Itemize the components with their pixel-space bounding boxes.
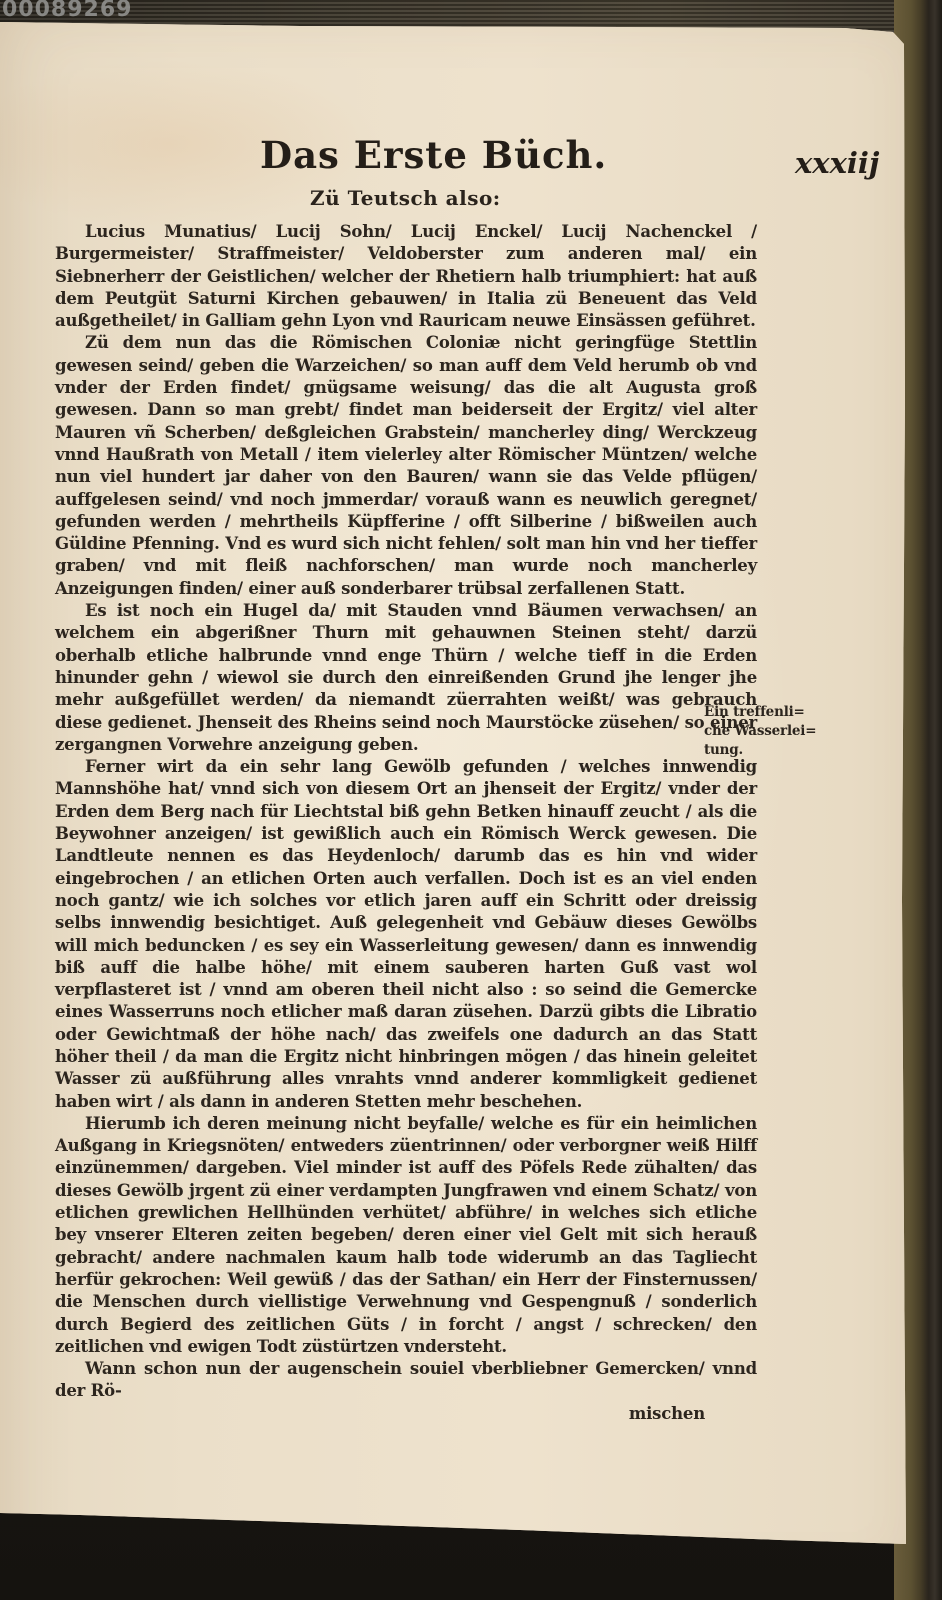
page-paper: Das Erste Büch. xxxiij Zü Teutsch also: …: [0, 0, 942, 1600]
paragraph-1: Lucius Munatius/ Lucij Sohn/ Lucij Encke…: [55, 221, 757, 332]
margin-note: Ein treffenli= che Wasserlei= tung.: [704, 703, 839, 760]
folio-number: xxxiij: [795, 146, 879, 180]
catchword: mischen: [55, 1403, 757, 1425]
book-scan: 00089269 Das Erste Büch. xxxiij Zü Teuts…: [0, 0, 942, 1600]
paragraph-2: Zü dem nun das die Römischen Coloniæ nic…: [55, 332, 757, 600]
section-subheading: Zü Teutsch also:: [310, 186, 501, 210]
running-title: Das Erste Büch.: [260, 133, 607, 177]
margin-note-line-1: Ein treffenli=: [704, 703, 839, 722]
text-block: Lucius Munatius/ Lucij Sohn/ Lucij Encke…: [55, 221, 757, 1425]
paragraph-6: Wann schon nun der augenschein souiel vb…: [55, 1358, 757, 1403]
scan-id-watermark: 00089269: [2, 0, 132, 22]
paragraph-4: Ferner wirt da ein sehr lang Gewölb gefu…: [55, 756, 757, 1113]
margin-note-line-3: tung.: [704, 741, 839, 760]
margin-note-line-2: che Wasserlei=: [704, 722, 839, 741]
paragraph-5: Hierumb ich deren meinung nicht beyfalle…: [55, 1113, 757, 1358]
paragraph-3: Es ist noch ein Hugel da/ mit Stauden vn…: [55, 600, 757, 756]
